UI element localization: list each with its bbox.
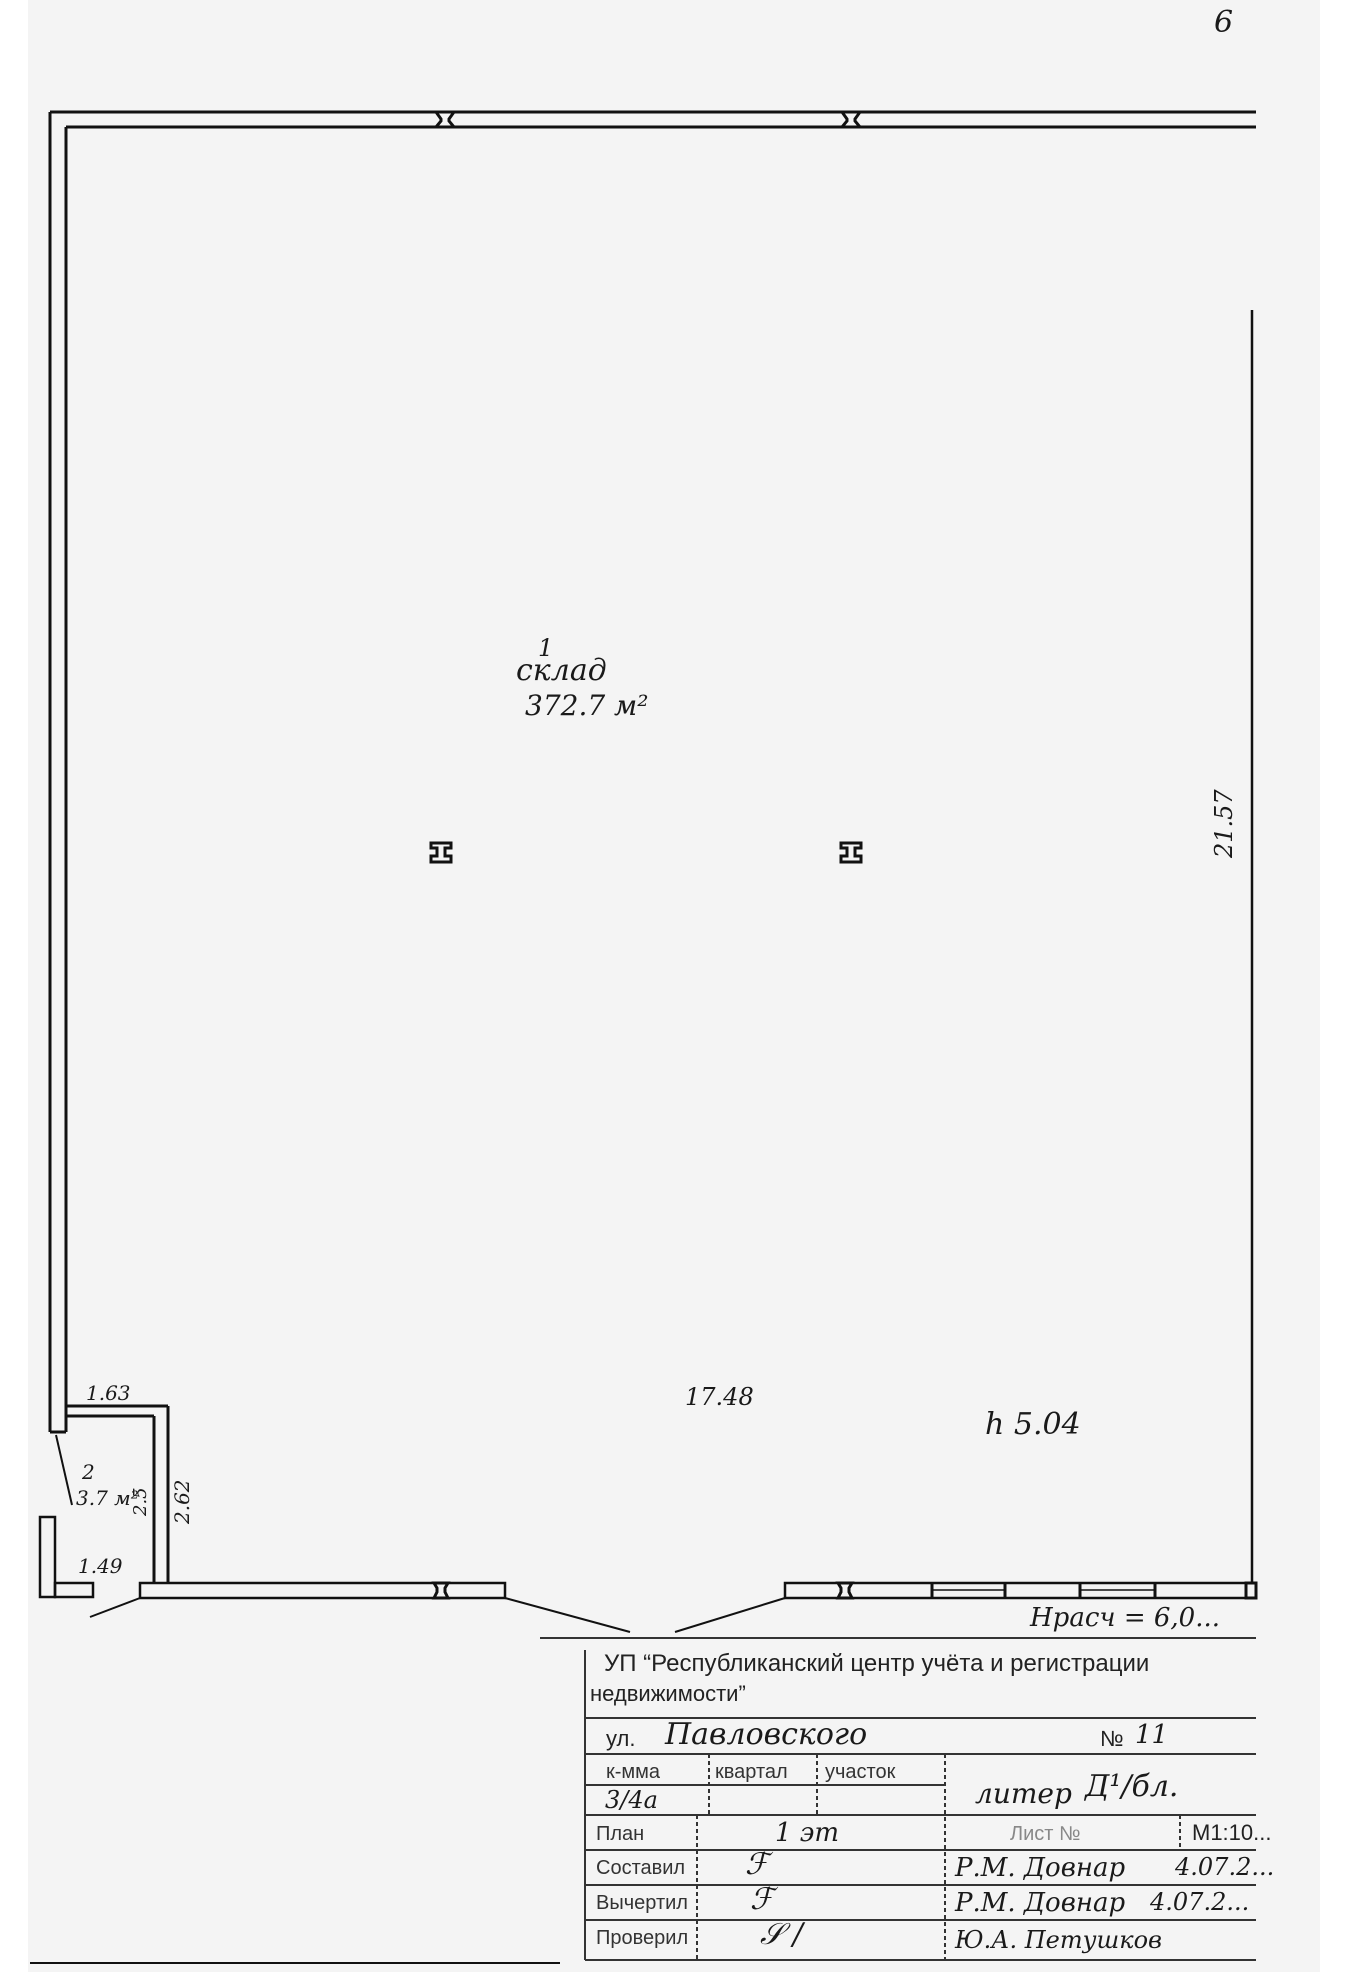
block-value: 3/4а — [605, 1788, 658, 1812]
page-number: 6 — [1214, 8, 1233, 38]
column-icon — [431, 843, 451, 862]
plan-value: 1 эт — [775, 1820, 839, 1846]
column-icon — [434, 1583, 448, 1598]
door-swing-room2 — [56, 1435, 72, 1505]
compiled-label: Составил — [596, 1858, 685, 1878]
scale-value: М1:10... — [1192, 1822, 1271, 1844]
dim-room2-side: 2.62 — [172, 1479, 192, 1524]
number-value: 11 — [1135, 1722, 1168, 1748]
street-label: ул. — [606, 1728, 635, 1750]
compiled-person: Р.М. Довнар — [955, 1855, 1125, 1881]
dim-room2-top: 1.63 — [86, 1383, 131, 1403]
liter-value: Д¹/бл. — [1085, 1772, 1178, 1802]
bottom-wall-right — [785, 1583, 1252, 1598]
column-icon — [436, 112, 454, 127]
organization-name-line2: недвижимости” — [590, 1683, 746, 1705]
checked-signature: 𝒮 / — [760, 1920, 803, 1950]
room-1-name: склад — [516, 656, 607, 686]
drawn-signature: ℱ — [750, 1885, 774, 1915]
compiled-signature: ℱ — [745, 1850, 769, 1880]
dim-room2-bottom: 1.49 — [78, 1556, 123, 1576]
columns — [431, 112, 1256, 1598]
drawn-date: 4.07.2... — [1150, 1890, 1249, 1914]
calc-height: Нрасч = 6,0... — [1030, 1605, 1220, 1631]
dim-main-width: 17.48 — [685, 1385, 754, 1409]
sheet-label: Лист № — [1010, 1824, 1080, 1844]
col-block-label: к-мма — [606, 1762, 660, 1782]
plan-label: План — [596, 1824, 644, 1844]
col-plot-label: участок — [825, 1762, 895, 1782]
column-icon — [842, 112, 860, 127]
street-value: Павловского — [665, 1720, 867, 1750]
number-label: № — [1100, 1728, 1124, 1750]
checked-label: Проверил — [596, 1928, 688, 1948]
organization-name: УП “Республиканский центр учёта и регист… — [604, 1652, 1149, 1676]
gate-swing-right — [675, 1598, 785, 1632]
room-2-height: 2.5 — [132, 1487, 150, 1516]
gate-swing-left — [505, 1598, 630, 1632]
checked-person: Ю.А. Петушков — [955, 1928, 1162, 1952]
column-icon — [1246, 1583, 1256, 1598]
drawn-person: Р.М. Довнар — [955, 1890, 1125, 1916]
bottom-wall-left — [140, 1583, 505, 1598]
ceiling-height: h 5.04 — [985, 1410, 1081, 1440]
room-2-number: 2 — [82, 1462, 95, 1482]
dim-main-length: 21.57 — [1212, 789, 1236, 858]
col-quarter-label: квартал — [715, 1762, 788, 1782]
room-1-area: 372.7 м² — [525, 692, 649, 720]
column-icon — [841, 843, 861, 862]
column-icon — [838, 1583, 852, 1598]
drawn-label: Вычертил — [596, 1893, 688, 1913]
liter-label: литер — [975, 1780, 1072, 1808]
compiled-date: 4.07.2... — [1175, 1855, 1274, 1879]
